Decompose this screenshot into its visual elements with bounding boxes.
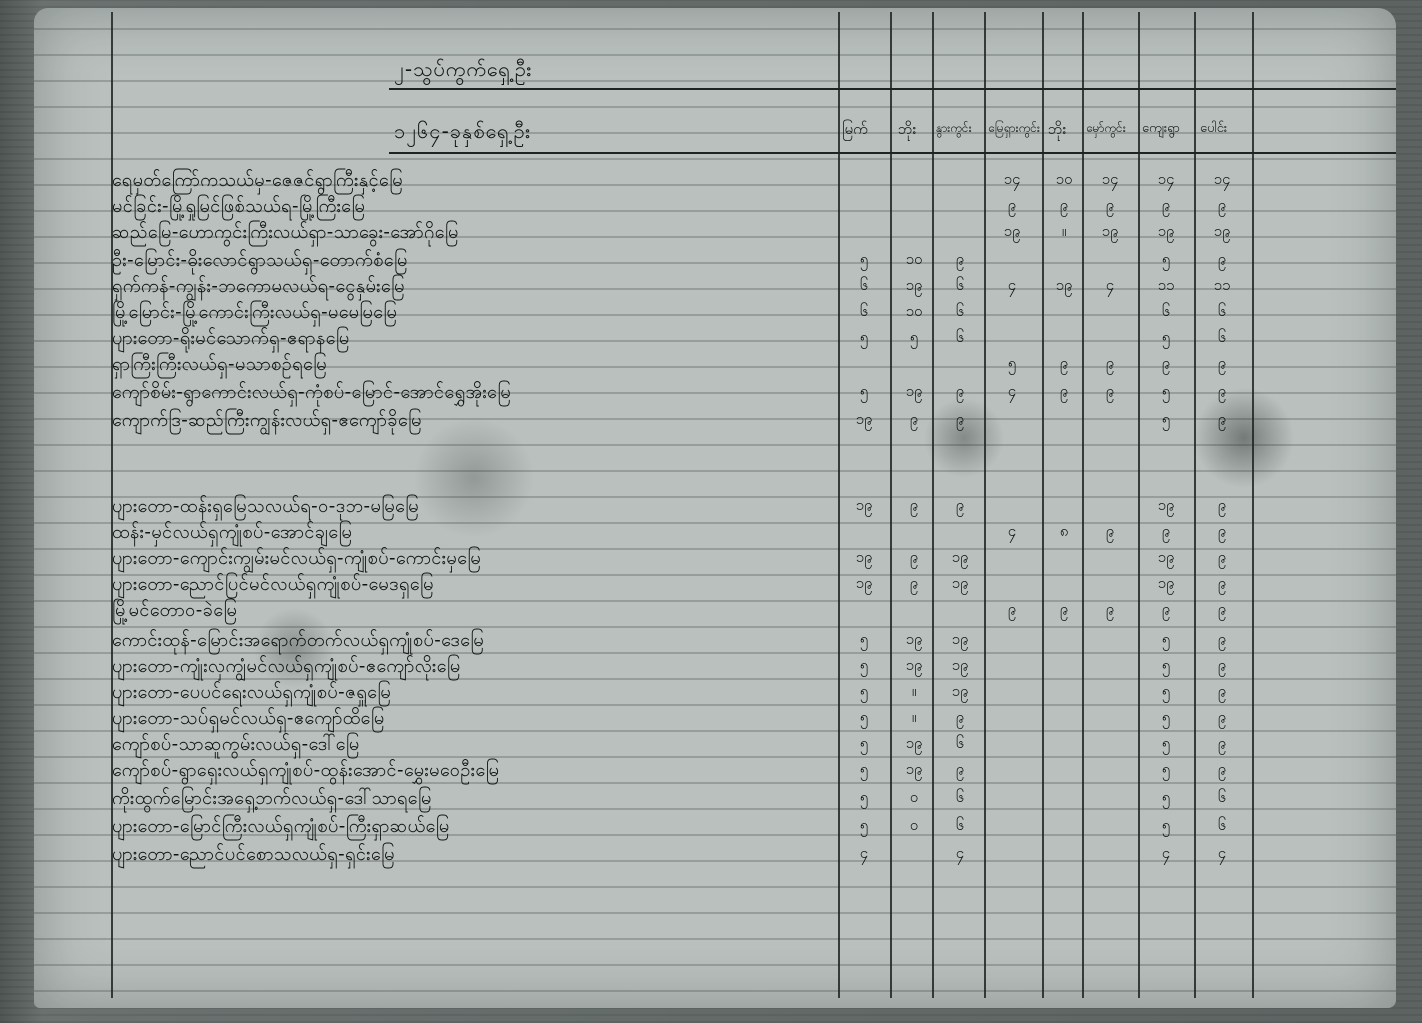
row-value: ၉	[1202, 250, 1242, 272]
row-value: ၁၉	[1146, 496, 1186, 518]
row-value: ၁၉	[844, 548, 884, 570]
row-value: ၅	[1146, 250, 1186, 272]
row-value: ၆	[844, 276, 884, 298]
row-value: ၈	[1044, 522, 1084, 544]
column-divider	[984, 12, 986, 998]
row-value: ၉	[1202, 630, 1242, 652]
row-value: ၉	[1090, 354, 1130, 376]
row-value: ၉	[894, 496, 934, 518]
row-value: ၉	[940, 250, 980, 272]
row-label: ကျော်စပ်-သာဆူကွမ်းလယ်ရှ-ဒေါ်မြေ	[112, 732, 360, 760]
row-value: ၄	[940, 844, 980, 866]
row-value: ၀	[894, 788, 934, 810]
row-value: ၆	[940, 816, 980, 838]
row-value: ။	[1044, 222, 1084, 244]
row-value: ၁၄	[992, 170, 1032, 192]
row-value: ၁၄	[1202, 170, 1242, 192]
row-value: ၅	[844, 816, 884, 838]
row-value: ၅	[844, 682, 884, 704]
row-value: ၁၀	[1044, 170, 1084, 192]
row-value: ၉	[1202, 708, 1242, 730]
row-value: ၁၁	[1202, 276, 1242, 298]
row-value: ၉	[1202, 760, 1242, 782]
row-label: ရေမှတ်ကြော်ကသယ်မှ-ဇေဇင်ရွာကြီးနှင့်မြေ	[112, 168, 403, 196]
row-value: ၅	[844, 708, 884, 730]
column-header: ကျေးရွာ	[1142, 120, 1180, 139]
row-label: ရှက်ကန်-ကျွန်း-ဘကောမလယ်ရ-ငွေနှမ်းမြေ	[112, 274, 405, 302]
row-label: ကျောက်ဒြ-ဆည်ကြီးကျွန်းလယ်ရှ-ဧကျော်ခိုမြေ	[112, 408, 422, 436]
row-value: ၅	[1146, 734, 1186, 756]
row-value: ၅	[844, 630, 884, 652]
row-value: ၉	[894, 548, 934, 570]
row-value: ၉	[1146, 522, 1186, 544]
row-value: ၉	[1044, 196, 1084, 218]
row-value: ၆	[940, 328, 980, 350]
row-value: ၉	[940, 496, 980, 518]
row-value: ၁၉	[1146, 548, 1186, 570]
row-value: ၁၉	[844, 410, 884, 432]
row-value: ၅	[1146, 788, 1186, 810]
heading-rule	[389, 88, 1396, 90]
row-value: ၅	[1146, 682, 1186, 704]
row-value: ၅	[844, 734, 884, 756]
heading-secondary: ၁၂၆၄-ခုနှစ်ရှေ့ဦး	[394, 118, 531, 148]
column-divider	[1252, 12, 1254, 998]
row-value: ၉	[1202, 196, 1242, 218]
row-label: ရှာကြီးကြီးလယ်ရှ-မသာစဉ်ရမြေ	[112, 352, 327, 380]
row-value: ၁၉	[940, 630, 980, 652]
row-label: ပျားတော-မြောင်ကြီးလယ်ရှကျုံစပ်-ကြီးရှာဆယ…	[112, 814, 450, 842]
row-label: ကောင်းထုန်-မြောင်းအရောက်တက်လယ်ရှကျုံစပ်-…	[112, 628, 484, 656]
row-value: ၉	[1202, 354, 1242, 376]
row-value: ၁၉	[844, 574, 884, 596]
row-value: ၆	[1202, 788, 1242, 810]
row-value: ၉	[1202, 734, 1242, 756]
heading-primary: ၂-သွပ်ကွက်ရှေ့ဦး	[394, 56, 532, 86]
column-header: ဘိုး	[1048, 120, 1066, 142]
column-divider	[1138, 12, 1140, 998]
row-value: ၄	[1146, 844, 1186, 866]
row-value: ၁၉	[940, 548, 980, 570]
column-header: နွားကွင်း	[936, 120, 972, 138]
row-label: ကျော်စိမ်း-ရွာကောင်းလယ်ရှ-ကုံစပ်-မြောင်-…	[112, 380, 511, 408]
row-label: မြို့မင်တောဝ-ခဲမြေ	[112, 598, 237, 626]
row-label: ပျားတော-ညောင်ပင်စောသလယ်ရှ-ရှင်းမြေ	[112, 842, 395, 870]
row-value: ၉	[1202, 410, 1242, 432]
row-value: ၆	[940, 276, 980, 298]
row-value: ၆	[1202, 302, 1242, 324]
row-value: ၉	[1146, 600, 1186, 622]
row-value: ၅	[844, 382, 884, 404]
row-value: ၁၉	[940, 682, 980, 704]
column-divider	[1194, 12, 1196, 998]
row-value: ၁၉	[1146, 222, 1186, 244]
row-value: ၉	[1202, 522, 1242, 544]
row-value: ။	[894, 708, 934, 730]
row-value: ၉	[940, 760, 980, 782]
column-header: မြက်	[842, 120, 868, 142]
row-label: ပျားတော-ထန်းရှမြေသလယ်ရ-ဝ-ဒုဘ-မမြမြေ	[112, 494, 419, 522]
row-value: ၅	[1146, 410, 1186, 432]
row-value: ၆	[1146, 302, 1186, 324]
row-value: ၉	[1044, 354, 1084, 376]
row-value: ၉	[1202, 574, 1242, 596]
row-value: ၁၉	[894, 630, 934, 652]
row-value: ၁၉	[894, 382, 934, 404]
row-label: ပျားတော-ညောင်ပြင်မင်လယ်ရှကျုံစပ်-မေဒရှမြ…	[112, 572, 434, 600]
row-label: ဦး-မြောင်း-ဓိုးလောင်ရွာသယ်ရှ-တောက်စံမြေ	[112, 248, 408, 276]
row-value: ၉	[1090, 600, 1130, 622]
row-value: ၁၉	[940, 656, 980, 678]
row-value: ၆	[1202, 816, 1242, 838]
row-value: ၅	[1146, 708, 1186, 730]
row-value: ၄	[992, 276, 1032, 298]
row-label: ပျားတော-ပေပင်ရေးလယ်ရှကျုံစပ်-ဇရှူမြေ	[112, 680, 391, 708]
row-value: ၀	[894, 816, 934, 838]
row-value: ၁၉	[1044, 276, 1084, 298]
row-value: ၆	[940, 788, 980, 810]
row-value: ၅	[844, 788, 884, 810]
row-value: ၉	[894, 410, 934, 432]
row-label: ပျားတော-ရိုးမင်သောက်ရှ-ဧရာနမြေ	[112, 326, 350, 354]
row-value: ၅	[1146, 328, 1186, 350]
row-value: ၉	[1146, 196, 1186, 218]
row-value: ၁၀	[894, 302, 934, 324]
row-value: ၁၀	[894, 250, 934, 272]
row-value: ၁၉	[894, 656, 934, 678]
row-value: ၁၉	[1146, 574, 1186, 596]
row-value: ၄	[992, 522, 1032, 544]
column-divider	[890, 12, 892, 998]
column-header: မြေရှားကွင်း	[988, 120, 1040, 138]
row-value: ၉	[894, 574, 934, 596]
row-value: ၁၁	[1146, 276, 1186, 298]
row-value: ၆	[940, 302, 980, 324]
row-value: ၁၄	[1090, 170, 1130, 192]
row-value: ၅	[844, 760, 884, 782]
row-value: ၅	[1146, 630, 1186, 652]
row-value: ၉	[1202, 656, 1242, 678]
row-value: ၆	[1202, 328, 1242, 350]
row-label: မြို့မြောင်း-မြို့ကောင်းကြီးလယ်ရှ-မမေမြမ…	[112, 300, 397, 328]
row-value: ၉	[940, 382, 980, 404]
row-value: ၁၄	[1146, 170, 1186, 192]
row-value: ၉	[940, 410, 980, 432]
ledger-page: ၂-သွပ်ကွက်ရှေ့ဦး ၁၂၆၄-ခုနှစ်ရှေ့ဦး မြက် …	[34, 8, 1396, 1008]
header-rule	[389, 152, 1396, 154]
row-value: ၆	[940, 734, 980, 756]
column-header: မှော်ကွင်း	[1086, 120, 1126, 138]
column-divider	[838, 12, 840, 998]
row-value: ၉	[1202, 548, 1242, 570]
row-value: ၄	[1090, 276, 1130, 298]
row-label: ကျော်စပ်-ရွာရှေးလယ်ရှကျုံစပ်-ထွန်းအောင်-…	[112, 758, 499, 786]
column-divider	[1082, 12, 1084, 998]
row-label: ကိုးထွက်မြောင်းအရှေ့ဘက်လယ်ရှ-ဒေါ်သာရမြေ	[112, 786, 432, 814]
row-label: ပျားတော-ကျုံးလှကျွံမင်လယ်ရှကျုံစပ်-ဧကျော…	[112, 654, 461, 682]
row-value: ၉	[992, 600, 1032, 622]
row-value: ၅	[844, 250, 884, 272]
row-label: ဆည်မြေ-ဟောကွင်းကြီးလယ်ရှာ-သာခွေး-အော်ဂို…	[112, 220, 459, 248]
row-value: ၅	[1146, 382, 1186, 404]
row-label: ထန်း-မှင်လယ်ရှကျုံစပ်-အောင်ချမြေ	[112, 520, 352, 548]
row-value: ၉	[1202, 382, 1242, 404]
row-label: ပျားတော-ကျောင်းကျွမ်းမင်လယ်ရှ-ကျုံစပ်-ကေ…	[112, 546, 481, 574]
row-value: ၉	[992, 196, 1032, 218]
row-label: မင်ခြင်း-မြို့ရှုမြင်ဖြစ်သယ်ရ-မြို့ကြီးမ…	[112, 194, 365, 222]
row-value: ၅	[844, 328, 884, 350]
row-value: ၁၉	[894, 276, 934, 298]
row-value: ၁၉	[992, 222, 1032, 244]
row-value: ၄	[1202, 844, 1242, 866]
row-value: ၅	[992, 354, 1032, 376]
row-value: ။	[894, 682, 934, 704]
row-label: ပျားတော-သပ်ရှမင်လယ်ရှ-ဧကျော်ထိမြေ	[112, 706, 385, 734]
row-value: ၄	[992, 382, 1032, 404]
row-value: ၅	[844, 656, 884, 678]
row-value: ၁၉	[844, 496, 884, 518]
row-value: ၁၉	[894, 734, 934, 756]
row-value: ၉	[1202, 496, 1242, 518]
row-value: ၄	[844, 844, 884, 866]
row-value: ၉	[1090, 196, 1130, 218]
row-value: ၉	[1146, 354, 1186, 376]
row-value: ၉	[1044, 382, 1084, 404]
column-header: ပေါင်း	[1200, 120, 1227, 139]
row-value: ၁၉	[940, 574, 980, 596]
row-value: ၉	[1044, 600, 1084, 622]
column-header: ဘိုး	[898, 120, 916, 142]
row-value: ၉	[1090, 382, 1130, 404]
row-value: ၁၉	[1090, 222, 1130, 244]
row-value: ၉	[1202, 682, 1242, 704]
column-divider	[1042, 12, 1044, 998]
row-value: ၁၉	[894, 760, 934, 782]
row-value: ၉	[940, 708, 980, 730]
row-value: ၉	[1202, 600, 1242, 622]
row-value: ၉	[1090, 522, 1130, 544]
row-value: ၆	[844, 302, 884, 324]
row-value: ၅	[894, 328, 934, 350]
row-value: ၅	[1146, 760, 1186, 782]
row-value: ၁၉	[1202, 222, 1242, 244]
row-value: ၅	[1146, 656, 1186, 678]
row-value: ၅	[1146, 816, 1186, 838]
